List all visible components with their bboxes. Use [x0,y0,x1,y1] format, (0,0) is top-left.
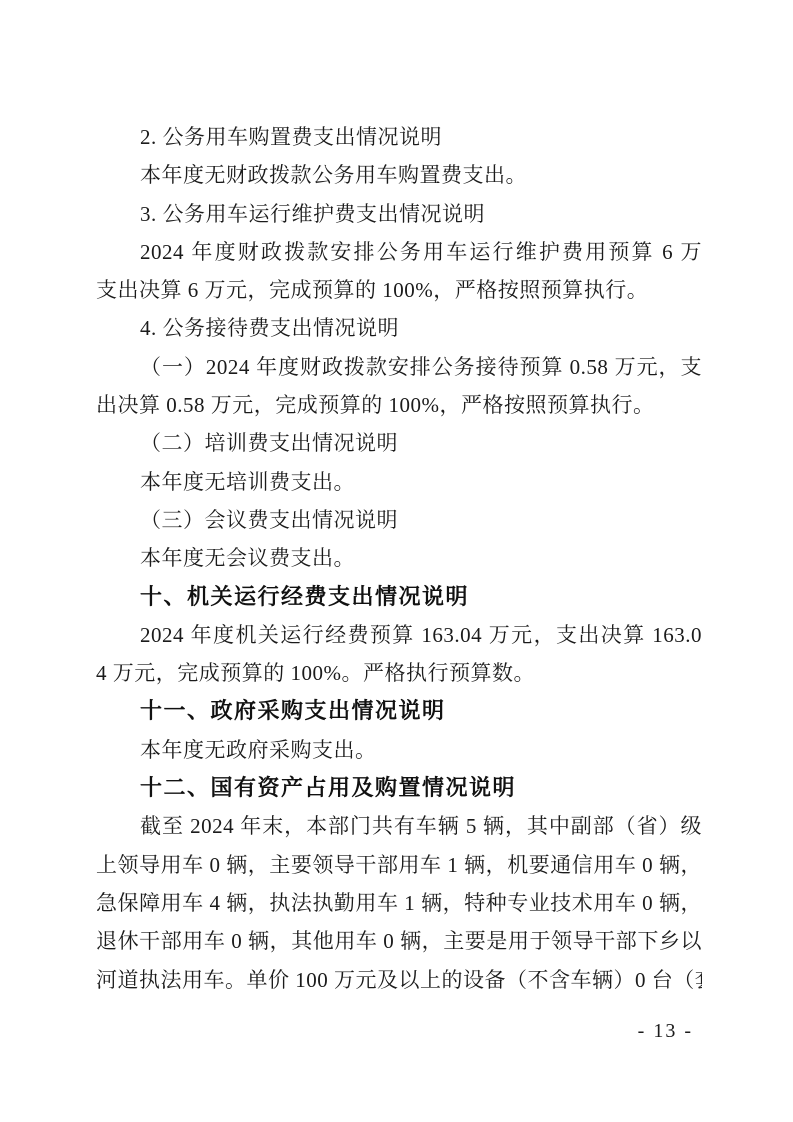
section-heading: 十二、国有资产占用及购置情况说明 [96,769,702,807]
text-line: 2024 年度财政拨款安排公务用车运行维护费用预算 6 万元， [96,233,702,271]
text-line: 本年度无财政拨款公务用车购置费支出。 [96,156,702,194]
text-line: 本年度无培训费支出。 [96,463,702,501]
text-line: 上领导用车 0 辆，主要领导干部用车 1 辆，机要通信用车 0 辆，应 [96,846,702,884]
text-line: 3. 公务用车运行维护费支出情况说明 [96,195,702,233]
text-line: 退休干部用车 0 辆，其他用车 0 辆，主要是用于领导干部下乡以及 [96,922,702,960]
text-line: （三）会议费支出情况说明 [96,501,702,539]
text-line: 支出决算 6 万元，完成预算的 100%，严格按照预算执行。 [96,271,702,309]
text-line: 本年度无政府采购支出。 [96,731,702,769]
text-line: （二）培训费支出情况说明 [96,424,702,462]
text-line: 出决算 0.58 万元，完成预算的 100%，严格按照预算执行。 [96,386,702,424]
text-line: （一）2024 年度财政拨款安排公务接待预算 0.58 万元，支 [96,348,702,386]
text-line: 4. 公务接待费支出情况说明 [96,309,702,347]
document-body: 2. 公务用车购置费支出情况说明本年度无财政拨款公务用车购置费支出。3. 公务用… [96,118,702,999]
section-heading: 十一、政府采购支出情况说明 [96,692,702,730]
text-line: 截至 2024 年末，本部门共有车辆 5 辆，其中副部（省）级以 [96,807,702,845]
document-page: 2. 公务用车购置费支出情况说明本年度无财政拨款公务用车购置费支出。3. 公务用… [0,0,793,1122]
text-line: 本年度无会议费支出。 [96,539,702,577]
text-line: 河道执法用车。单价 100 万元及以上的设备（不含车辆）0 台（套）。 [96,961,702,999]
text-line: 2. 公务用车购置费支出情况说明 [96,118,702,156]
page-number: - 13 - [638,1016,693,1046]
section-heading: 十、机关运行经费支出情况说明 [96,578,702,616]
text-line: 4 万元，完成预算的 100%。严格执行预算数。 [96,654,702,692]
text-line: 急保障用车 4 辆，执法执勤用车 1 辆，特种专业技术用车 0 辆，离 [96,884,702,922]
text-line: 2024 年度机关运行经费预算 163.04 万元，支出决算 163.0 [96,616,702,654]
